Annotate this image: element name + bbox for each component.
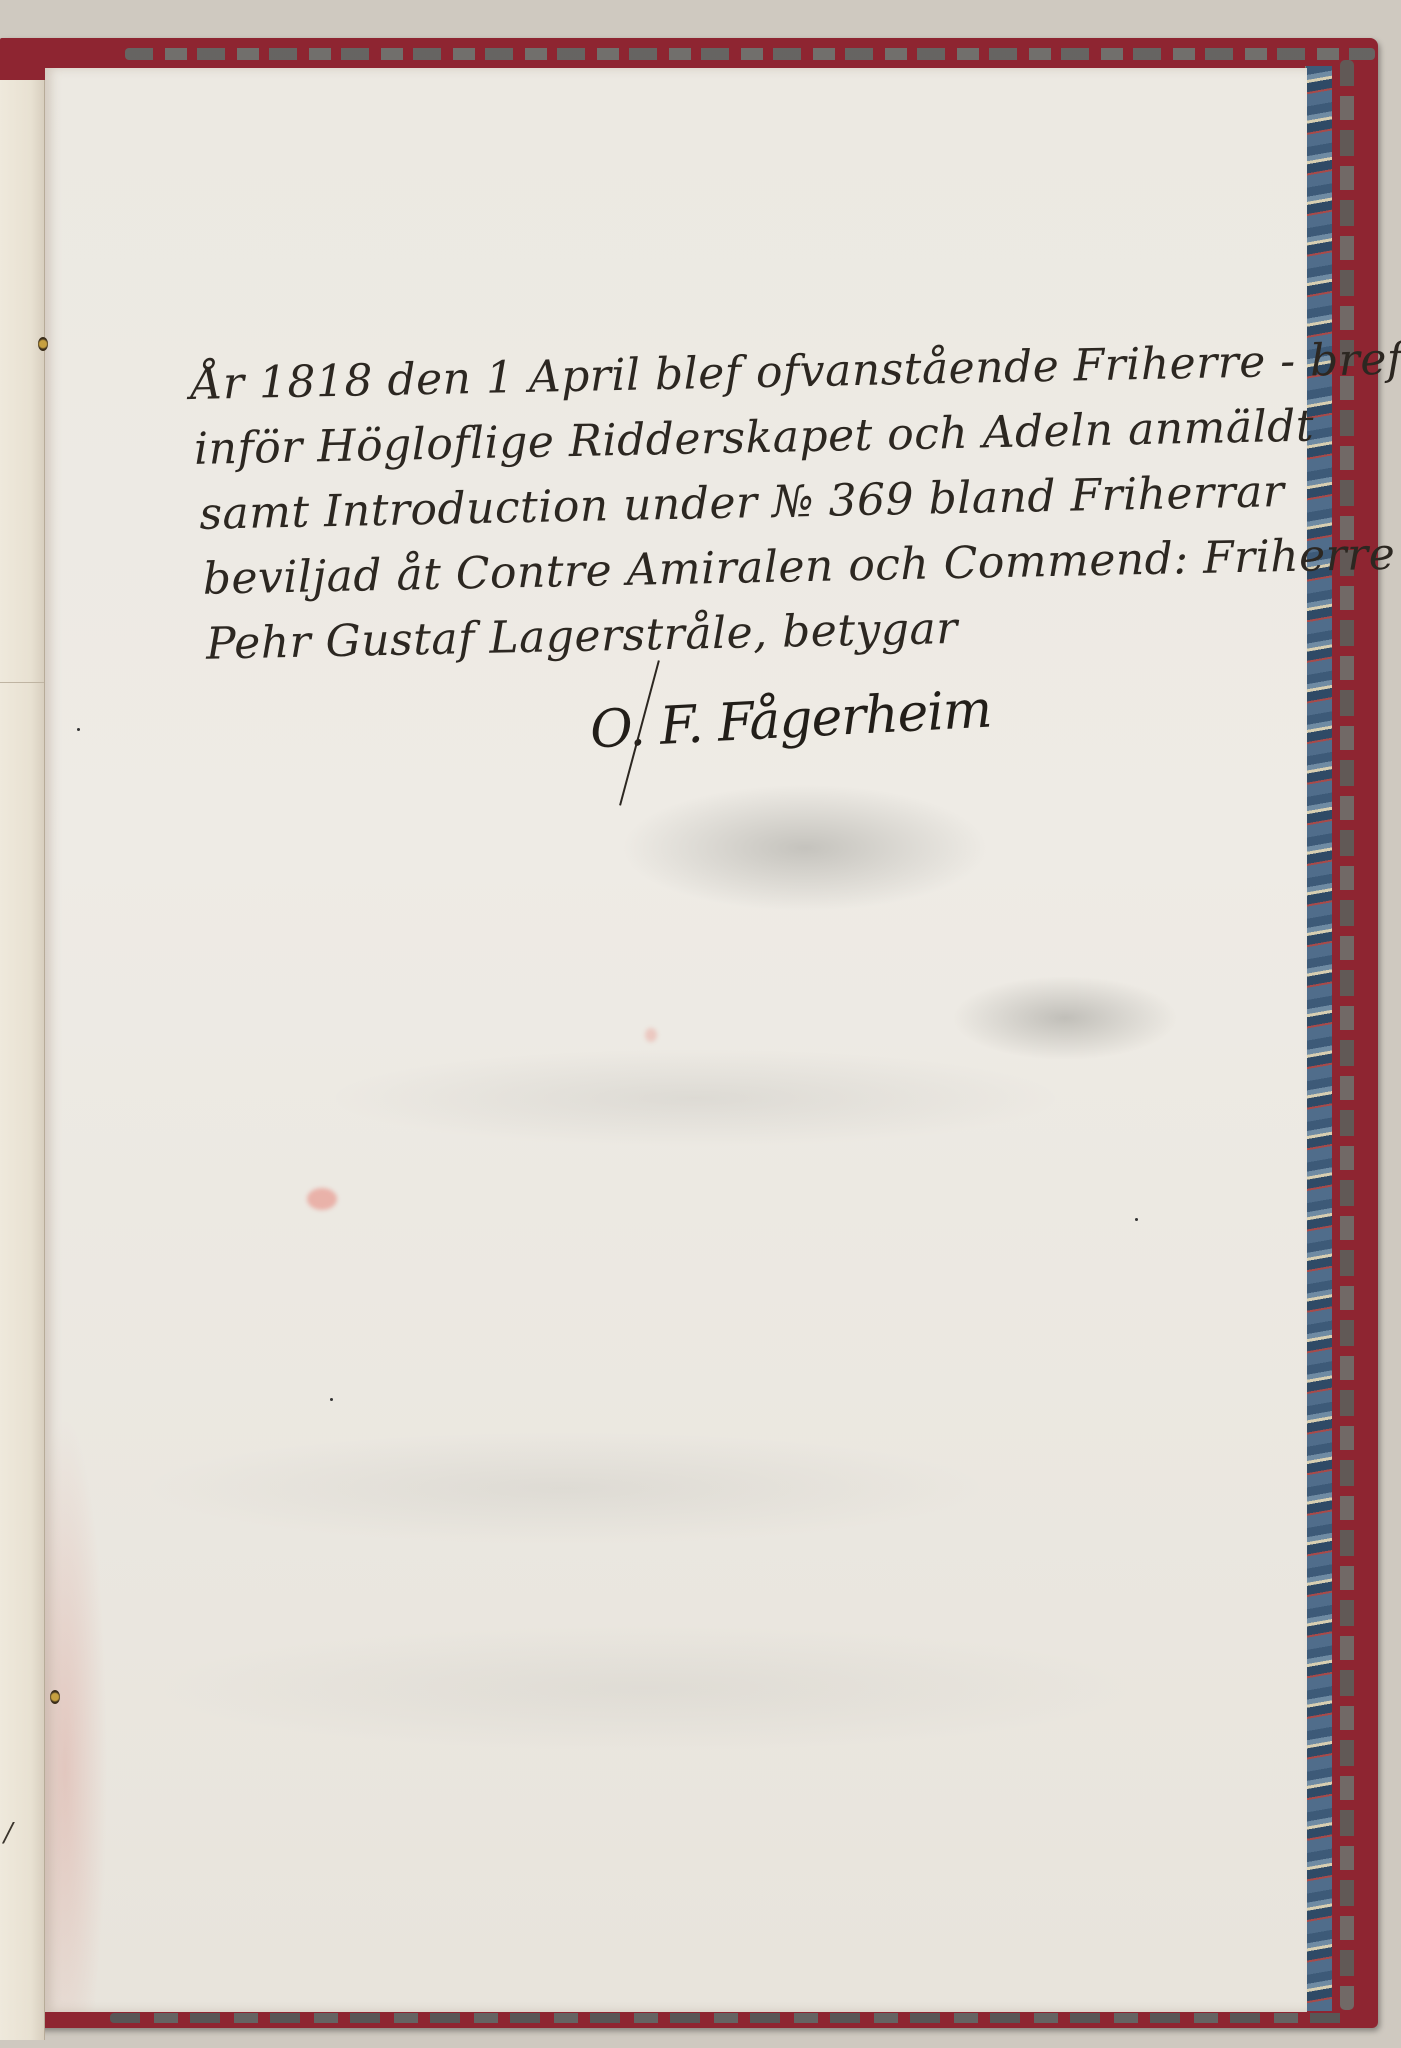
binding-stitch — [38, 337, 48, 351]
page-seam — [0, 682, 44, 683]
binding-stitch — [50, 1690, 60, 1704]
attestation-text: År 1818 den 1 April blef ofvanstående Fr… — [190, 328, 1327, 677]
previous-page-stub: / — [0, 80, 45, 2040]
cover-tooling-top — [125, 48, 1375, 60]
ink-speck — [330, 1398, 333, 1401]
margin-mark: / — [4, 1818, 13, 1848]
ink-speck — [77, 728, 80, 731]
red-stain — [645, 1028, 657, 1042]
red-stain — [307, 1188, 337, 1210]
cover-tooling-bottom — [110, 2013, 1350, 2023]
ink-speck — [1135, 1218, 1138, 1221]
